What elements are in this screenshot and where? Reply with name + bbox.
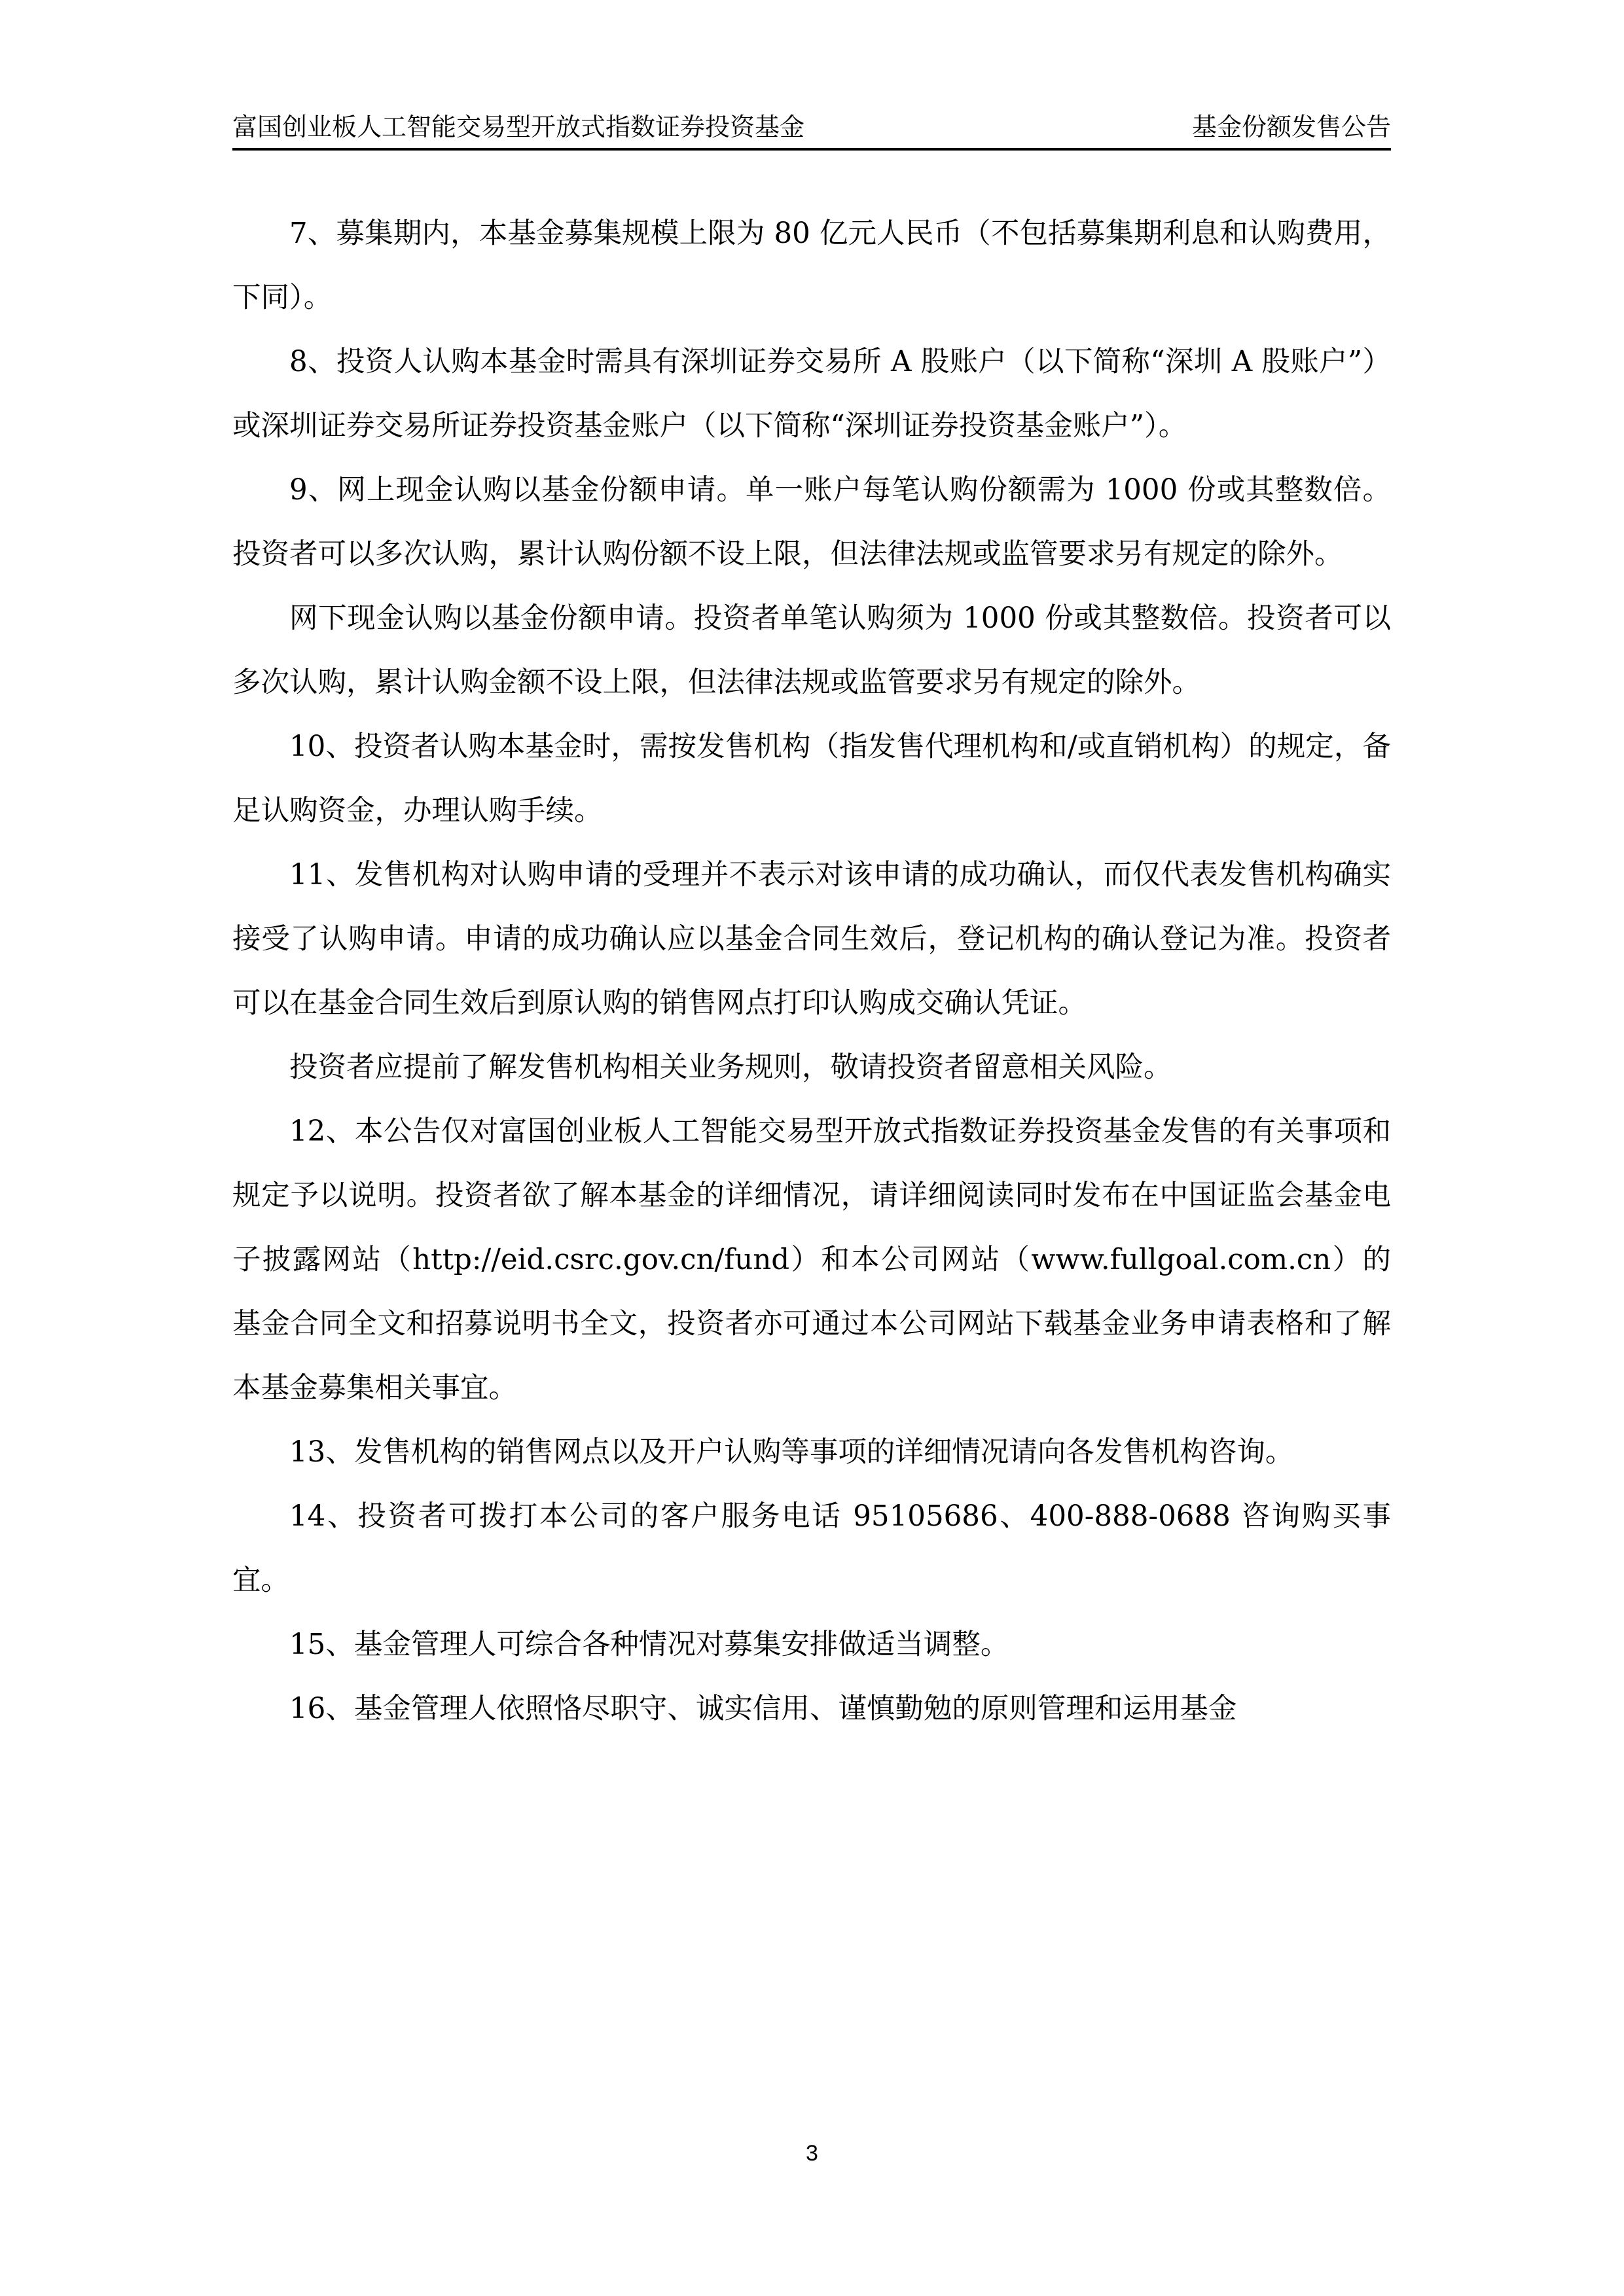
paragraph-item-16: 16、基金管理人依照恪尽职守、诚实信用、谨慎勤勉的原则管理和运用基金 <box>232 1677 1391 1741</box>
paragraph-item-13: 13、发售机构的销售网点以及开户认购等事项的详细情况请向各发售机构咨询。 <box>232 1420 1391 1484</box>
paragraph-offline-subscription: 网下现金认购以基金份额申请。投资者单笔认购须为 1000 份或其整数倍。投资者可… <box>232 586 1391 715</box>
header-document-type: 基金份额发售公告 <box>1192 113 1391 141</box>
document-body: 7、募集期内，本基金募集规模上限为 80 亿元人民币（不包括募集期利息和认购费用… <box>232 202 1391 1741</box>
paragraph-item-8: 8、投资人认购本基金时需具有深圳证券交易所 A 股账户（以下简称“深圳 A 股账… <box>232 330 1391 458</box>
paragraph-item-10: 10、投资者认购本基金时，需按发售机构（指发售代理机构和/或直销机构）的规定，备… <box>232 715 1391 843</box>
page-header: 富国创业板人工智能交易型开放式指数证券投资基金 基金份额发售公告 <box>232 110 1391 151</box>
paragraph-item-7: 7、募集期内，本基金募集规模上限为 80 亿元人民币（不包括募集期利息和认购费用… <box>232 202 1391 330</box>
paragraph-item-9: 9、网上现金认购以基金份额申请。单一账户每笔认购份额需为 1000 份或其整数倍… <box>232 458 1391 586</box>
paragraph-item-14: 14、投资者可拨打本公司的客户服务电话 95105686、400-888-068… <box>232 1484 1391 1613</box>
paragraph-item-11: 11、发售机构对认购申请的受理并不表示对该申请的成功确认，而仅代表发售机构确实接… <box>232 843 1391 1035</box>
paragraph-item-12: 12、本公告仅对富国创业板人工智能交易型开放式指数证券投资基金发售的有关事项和规… <box>232 1100 1391 1420</box>
page-number: 3 <box>0 2140 1624 2166</box>
paragraph-risk-notice: 投资者应提前了解发售机构相关业务规则，敬请投资者留意相关风险。 <box>232 1035 1391 1100</box>
header-fund-title: 富国创业板人工智能交易型开放式指数证券投资基金 <box>232 113 804 141</box>
paragraph-item-15: 15、基金管理人可综合各种情况对募集安排做适当调整。 <box>232 1613 1391 1677</box>
